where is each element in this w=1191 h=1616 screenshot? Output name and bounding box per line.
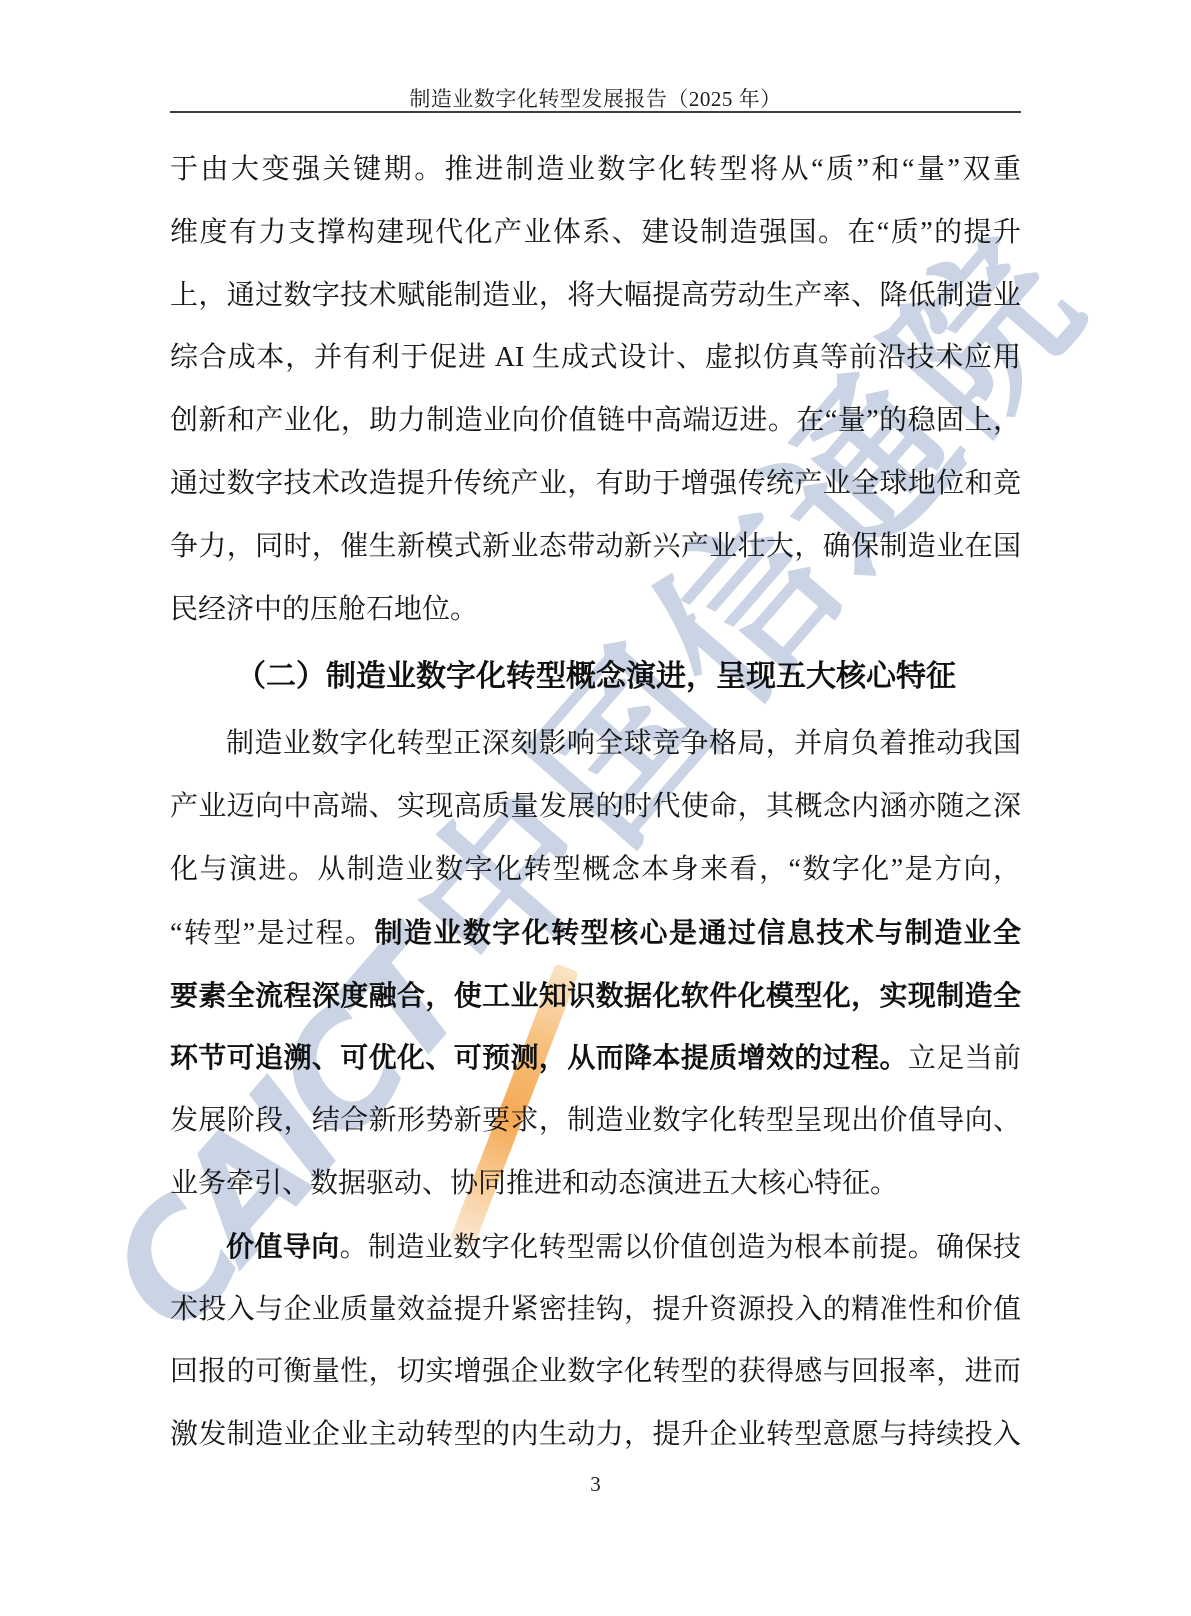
body-line: 产业迈向中高端、实现高质量发展的时代使命，其概念内涵亦随之深: [170, 776, 1021, 839]
text-segment: 产业迈向中高端、实现高质量发展的时代使命，其概念内涵亦随之深: [170, 791, 1021, 822]
text-segment: 。制造业数字化转型需以价值创造为根本前提。确保技: [340, 1232, 1021, 1263]
page-number: 3: [170, 1472, 1021, 1497]
text-segment: 术投入与企业质量效益提升紧密挂钩，提升资源投入的精准性和价值: [170, 1294, 1021, 1325]
bold-text-segment: 制造业数字化转型核心是通过信息技术与制造业全: [374, 917, 1021, 948]
text-segment: “转型”是过程。: [170, 918, 374, 949]
body-text-block: 于由大变强关键期。推进制造业数字化转型将从“质”和“量”双重维度有力支撑构建现代…: [170, 139, 1021, 1467]
text-segment: 创新和产业化，助力制造业向价值链中高端迈进。在“量”的稳固上，: [170, 405, 1021, 436]
body-line: 化与演进。从制造业数字化转型概念本身来看，“数字化”是方向，: [170, 839, 1021, 902]
bold-text-segment: 价值导向: [226, 1231, 340, 1262]
body-line: 通过数字技术改造提升传统产业，有助于增强传统产业全球地位和竞: [170, 453, 1021, 516]
body-line: 业务牵引、数据驱动、协同推进和动态演进五大核心特征。: [170, 1153, 1021, 1216]
body-line: 要素全流程深度融合，使工业知识数据化软件化模型化，实现制造全: [170, 965, 1021, 1028]
body-line: 综合成本，并有利于促进 AI 生成式设计、虚拟仿真等前沿技术应用: [170, 327, 1021, 390]
body-line: 民经济中的压舱石地位。: [170, 579, 1021, 642]
body-line: “转型”是过程。制造业数字化转型核心是通过信息技术与制造业全: [170, 902, 1021, 965]
body-line: 上，通过数字技术赋能制造业，将大幅提高劳动生产率、降低制造业: [170, 265, 1021, 328]
text-segment: 维度有力支撑构建现代化产业体系、建设制造强国。在“质”的提升: [170, 217, 1021, 248]
body-line: 价值导向。制造业数字化转型需以价值创造为根本前提。确保技: [170, 1216, 1021, 1279]
text-segment: 争力，同时，催生新模式新业态带动新兴产业壮大，确保制造业在国: [170, 531, 1021, 562]
text-segment: 通过数字技术改造提升传统产业，有助于增强传统产业全球地位和竞: [170, 468, 1021, 499]
body-line: 激发制造业企业主动转型的内生动力，提升企业转型意愿与持续投入: [170, 1404, 1021, 1467]
running-header-title: 制造业数字化转型发展报告（2025 年）: [170, 83, 1021, 113]
body-line: 制造业数字化转型正深刻影响全球竞争格局，并肩负着推动我国: [170, 713, 1021, 776]
text-segment: 立足当前: [908, 1043, 1021, 1074]
header-rule: [170, 111, 1021, 113]
text-segment: 业务牵引、数据驱动、协同推进和动态演进五大核心特征。: [170, 1168, 898, 1199]
bold-text-segment: 环节可追溯、可优化、可预测，从而降本提质增效的过程。: [170, 1042, 908, 1073]
body-line: 环节可追溯、可优化、可预测，从而降本提质增效的过程。立足当前: [170, 1027, 1021, 1090]
body-line: 争力，同时，催生新模式新业态带动新兴产业壮大，确保制造业在国: [170, 516, 1021, 579]
text-segment: 激发制造业企业主动转型的内生动力，提升企业转型意愿与持续投入: [170, 1419, 1021, 1450]
body-line: 发展阶段，结合新形势新要求，制造业数字化转型呈现出价值导向、: [170, 1090, 1021, 1153]
text-segment: 回报的可衡量性，切实增强企业数字化转型的获得感与回报率，进而: [170, 1356, 1021, 1387]
body-line: 维度有力支撑构建现代化产业体系、建设制造强国。在“质”的提升: [170, 202, 1021, 265]
body-line: 于由大变强关键期。推进制造业数字化转型将从“质”和“量”双重: [170, 139, 1021, 202]
text-segment: 发展阶段，结合新形势新要求，制造业数字化转型呈现出价值导向、: [170, 1105, 1021, 1136]
text-segment: 上，通过数字技术赋能制造业，将大幅提高劳动生产率、降低制造业: [170, 280, 1021, 311]
text-segment: 制造业数字化转型正深刻影响全球竞争格局，并肩负着推动我国: [226, 728, 1021, 759]
text-segment: 民经济中的压舱石地位。: [170, 594, 478, 625]
text-segment: 综合成本，并有利于促进 AI 生成式设计、虚拟仿真等前沿技术应用: [170, 342, 1021, 373]
body-line: 术投入与企业质量效益提升紧密挂钩，提升资源投入的精准性和价值: [170, 1279, 1021, 1342]
body-line: 创新和产业化，助力制造业向价值链中高端迈进。在“量”的稳固上，: [170, 390, 1021, 453]
bold-text-segment: 要素全流程深度融合，使工业知识数据化软件化模型化，实现制造全: [170, 980, 1021, 1011]
report-page: CAICT中国信通院 制造业数字化转型发展报告（2025 年） 于由大变强关键期…: [0, 0, 1191, 1616]
text-segment: 于由大变强关键期。推进制造业数字化转型将从“质”和“量”双重: [170, 154, 1021, 185]
section-heading: （二）制造业数字化转型概念演进，呈现五大核心特征: [170, 641, 1021, 713]
body-line: 回报的可衡量性，切实增强企业数字化转型的获得感与回报率，进而: [170, 1341, 1021, 1404]
text-segment: 化与演进。从制造业数字化转型概念本身来看，“数字化”是方向，: [170, 854, 1021, 885]
